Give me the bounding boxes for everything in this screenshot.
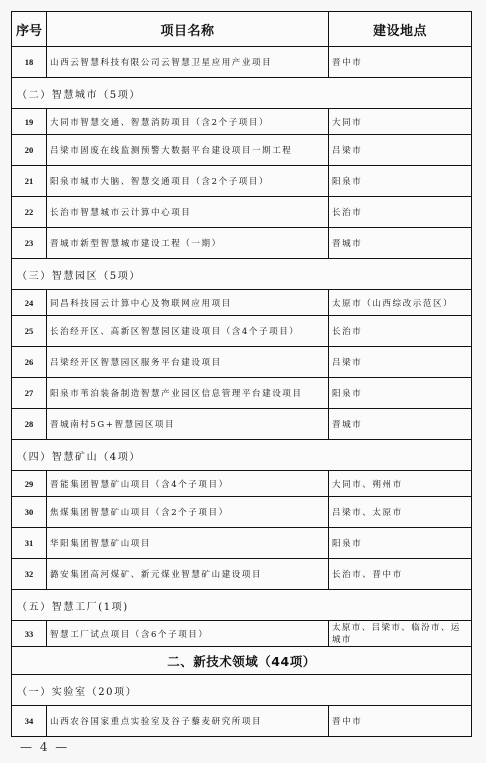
project-name: 晋城南村5G+智慧园区项目 xyxy=(47,409,329,440)
table-header-row: 序号 项目名称 建设地点 xyxy=(12,12,472,47)
row-number: 28 xyxy=(12,409,47,440)
project-name: 吕梁市固废在线监测预警大数据平台建设项目一期工程 xyxy=(47,135,329,166)
project-location: 晋中市 xyxy=(329,706,472,737)
project-name: 山西云智慧科技有限公司云智慧卫星应用产业项目 xyxy=(47,47,329,78)
project-name: 大同市智慧交通、智慧消防项目（含2个子项目） xyxy=(47,109,329,135)
project-name: 阳泉市城市大脑、智慧交通项目（含2个子项目） xyxy=(47,166,329,197)
table-row: 20 吕梁市固废在线监测预警大数据平台建设项目一期工程 吕梁市 xyxy=(12,135,472,166)
project-table: 序号 项目名称 建设地点 18 山西云智慧科技有限公司云智慧卫星应用产业项目 晋… xyxy=(11,11,472,737)
project-location: 吕梁市 xyxy=(329,135,472,166)
section-heading: （一）实验室（20项） xyxy=(12,675,472,706)
table-row: 29 晋能集团智慧矿山项目（含4个子项目） 大同市、朔州市 xyxy=(12,471,472,497)
project-location: 长治市 xyxy=(329,316,472,347)
section-heading: （五）智慧工厂(1项) xyxy=(12,590,472,621)
table-row: 27 阳泉市苇泊装备制造智慧产业园区信息管理平台建设项目 阳泉市 xyxy=(12,378,472,409)
header-serial-number: 序号 xyxy=(12,12,47,47)
table-row: 19 大同市智慧交通、智慧消防项目（含2个子项目） 大同市 xyxy=(12,109,472,135)
project-name: 长治市智慧城市云计算中心项目 xyxy=(47,197,329,228)
section-row: （二）智慧城市（5项） xyxy=(12,78,472,109)
project-name: 山西农谷国家重点实验室及谷子藜麦研究所项目 xyxy=(47,706,329,737)
project-location: 阳泉市 xyxy=(329,166,472,197)
table-row: 22 长治市智慧城市云计算中心项目 长治市 xyxy=(12,197,472,228)
row-number: 21 xyxy=(12,166,47,197)
project-location: 阳泉市 xyxy=(329,528,472,559)
table-row: 23 晋城市新型智慧城市建设工程（一期） 晋城市 xyxy=(12,228,472,259)
row-number: 30 xyxy=(12,497,47,528)
table-row: 24 同昌科技园云计算中心及物联网应用项目 太原市（山西综改示范区） xyxy=(12,290,472,316)
row-number: 22 xyxy=(12,197,47,228)
project-name: 智慧工厂试点项目（含6个子项目） xyxy=(47,621,329,647)
project-location: 太原市、吕梁市、临汾市、运城市 xyxy=(329,621,472,647)
project-name: 华阳集团智慧矿山项目 xyxy=(47,528,329,559)
table-row: 34 山西农谷国家重点实验室及谷子藜麦研究所项目 晋中市 xyxy=(12,706,472,737)
table-row: 30 焦煤集团智慧矿山项目（含2个子项目） 吕梁市、太原市 xyxy=(12,497,472,528)
table-row: 26 吕梁经开区智慧园区服务平台建设项目 吕梁市 xyxy=(12,347,472,378)
project-location: 长治市 xyxy=(329,197,472,228)
row-number: 20 xyxy=(12,135,47,166)
section-row: （四）智慧矿山（4项） xyxy=(12,440,472,471)
section-heading: （二）智慧城市（5项） xyxy=(12,78,472,109)
project-location: 晋中市 xyxy=(329,47,472,78)
page-number: — 4 — xyxy=(20,740,69,754)
category-title-row: 二、新技术领域（44项） xyxy=(12,647,472,675)
table-row: 32 潞安集团高河煤矿、新元煤业智慧矿山建设项目 长治市、晋中市 xyxy=(12,559,472,590)
project-name: 晋能集团智慧矿山项目（含4个子项目） xyxy=(47,471,329,497)
project-location: 长治市、晋中市 xyxy=(329,559,472,590)
row-number: 23 xyxy=(12,228,47,259)
row-number: 25 xyxy=(12,316,47,347)
header-location: 建设地点 xyxy=(329,12,472,47)
table-row: 28 晋城南村5G+智慧园区项目 晋城市 xyxy=(12,409,472,440)
row-number: 18 xyxy=(12,47,47,78)
project-location: 大同市 xyxy=(329,109,472,135)
project-name: 晋城市新型智慧城市建设工程（一期） xyxy=(47,228,329,259)
section-row: （一）实验室（20项） xyxy=(12,675,472,706)
project-name: 阳泉市苇泊装备制造智慧产业园区信息管理平台建设项目 xyxy=(47,378,329,409)
document-page: 序号 项目名称 建设地点 18 山西云智慧科技有限公司云智慧卫星应用产业项目 晋… xyxy=(0,0,486,763)
project-location: 太原市（山西综改示范区） xyxy=(329,290,472,316)
row-number: 32 xyxy=(12,559,47,590)
section-heading: （三）智慧园区（5项） xyxy=(12,259,472,290)
project-name: 焦煤集团智慧矿山项目（含2个子项目） xyxy=(47,497,329,528)
category-title: 二、新技术领域（44项） xyxy=(12,647,472,675)
row-number: 24 xyxy=(12,290,47,316)
project-name: 长治经开区、高新区智慧园区建设项目（含4个子项目） xyxy=(47,316,329,347)
section-heading: （四）智慧矿山（4项） xyxy=(12,440,472,471)
row-number: 29 xyxy=(12,471,47,497)
table-row: 21 阳泉市城市大脑、智慧交通项目（含2个子项目） 阳泉市 xyxy=(12,166,472,197)
table-row: 25 长治经开区、高新区智慧园区建设项目（含4个子项目） 长治市 xyxy=(12,316,472,347)
project-name: 吕梁经开区智慧园区服务平台建设项目 xyxy=(47,347,329,378)
row-number: 19 xyxy=(12,109,47,135)
project-location: 大同市、朔州市 xyxy=(329,471,472,497)
project-location: 阳泉市 xyxy=(329,378,472,409)
row-number: 34 xyxy=(12,706,47,737)
project-location: 晋城市 xyxy=(329,409,472,440)
section-row: （五）智慧工厂(1项) xyxy=(12,590,472,621)
table-row: 33 智慧工厂试点项目（含6个子项目） 太原市、吕梁市、临汾市、运城市 xyxy=(12,621,472,647)
project-location: 晋城市 xyxy=(329,228,472,259)
table-row: 18 山西云智慧科技有限公司云智慧卫星应用产业项目 晋中市 xyxy=(12,47,472,78)
row-number: 31 xyxy=(12,528,47,559)
project-name: 潞安集团高河煤矿、新元煤业智慧矿山建设项目 xyxy=(47,559,329,590)
project-location: 吕梁市、太原市 xyxy=(329,497,472,528)
table-row: 31 华阳集团智慧矿山项目 阳泉市 xyxy=(12,528,472,559)
project-name: 同昌科技园云计算中心及物联网应用项目 xyxy=(47,290,329,316)
row-number: 26 xyxy=(12,347,47,378)
row-number: 33 xyxy=(12,621,47,647)
header-project-name: 项目名称 xyxy=(47,12,329,47)
row-number: 27 xyxy=(12,378,47,409)
project-location: 吕梁市 xyxy=(329,347,472,378)
section-row: （三）智慧园区（5项） xyxy=(12,259,472,290)
